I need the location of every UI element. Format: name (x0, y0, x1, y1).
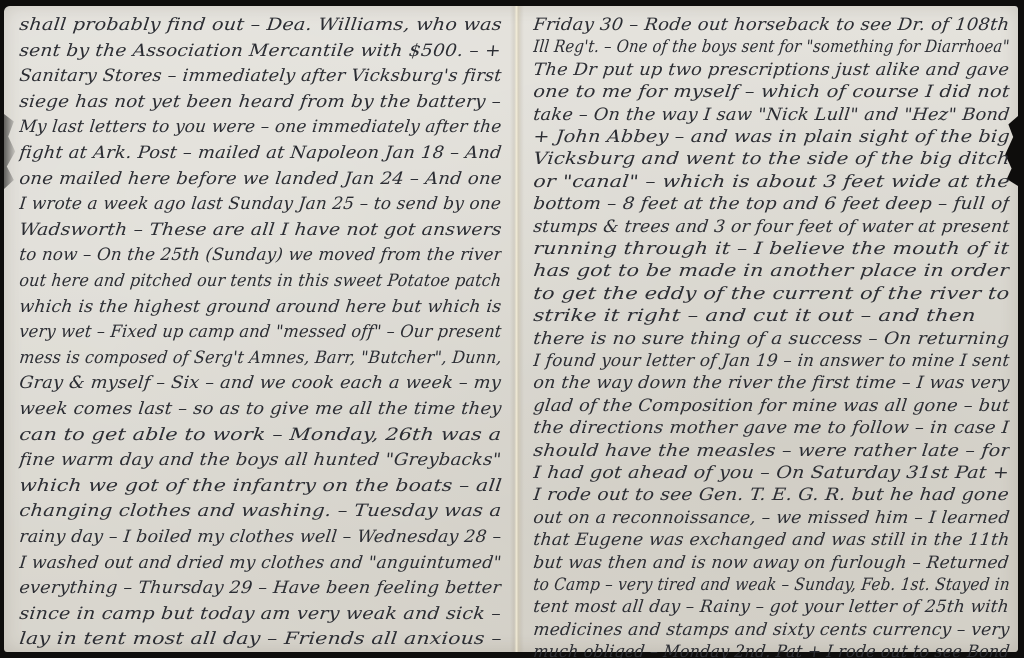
left-page: shall probably find out – Dea. Williams,… (18, 12, 506, 652)
handwritten-line: week comes last – so as to give me all t… (18, 396, 503, 422)
handwritten-line: everything – Thursday 29 – Have been fee… (18, 575, 502, 601)
handwritten-line: mess is composed of Serg't Amnes, Barr, … (18, 345, 503, 371)
handwritten-line: siege has not yet been heard from by the… (18, 89, 502, 115)
handwritten-line: one mailed here before we landed Jan 24 … (18, 166, 503, 192)
handwritten-line: to now – On the 25th (Sunday) we moved f… (18, 242, 503, 268)
handwritten-line: lay in tent most all day – Friends all a… (18, 626, 503, 652)
handwritten-line: fight at Ark. Post – mailed at Napoleon … (18, 140, 503, 166)
handwritten-line: I wrote a week ago last Sunday Jan 25 – … (18, 191, 502, 217)
handwritten-line: which is the highest ground around here … (18, 294, 503, 320)
handwritten-line: since in camp but today am very weak and… (18, 601, 502, 627)
handwritten-line: Sanitary Stores – immediately after Vick… (18, 63, 503, 89)
torn-edge-left (4, 114, 18, 189)
handwritten-line: shall probably find out – Dea. Williams,… (18, 12, 503, 38)
handwritten-line: very wet – Fixed up camp and "messed off… (18, 319, 503, 345)
handwritten-line: My last letters to you were – one immedi… (18, 114, 503, 140)
handwritten-line: much obliged – Monday 2nd. Pat + I rode … (532, 639, 1011, 658)
letter-sheet: shall probably find out – Dea. Williams,… (4, 6, 1018, 652)
handwritten-line: I washed out and dried my clothes and "a… (18, 550, 503, 576)
handwritten-line: rainy day – I boiled my clothes well – W… (18, 524, 503, 550)
handwritten-line: changing clothes and washing. – Tuesday … (18, 498, 503, 524)
handwritten-line: Gray & myself – Six – and we cook each a… (18, 370, 502, 396)
handwritten-line: fine warm day and the boys all hunted "G… (18, 447, 502, 473)
right-page: Friday 30 – Rode out horseback to see Dr… (532, 12, 1014, 652)
handwritten-line: out here and pitched our tents in this s… (18, 268, 503, 294)
handwritten-line: which we got of the infantry on the boat… (18, 473, 503, 499)
handwritten-line: sent by the Association Mercantile with … (18, 38, 502, 64)
handwritten-line: can to get able to work – Monday, 26th w… (18, 422, 503, 448)
document-viewer: shall probably find out – Dea. Williams,… (0, 0, 1024, 658)
handwritten-line: Wadsworth – These are all I have not got… (18, 217, 503, 243)
center-fold (510, 6, 524, 652)
